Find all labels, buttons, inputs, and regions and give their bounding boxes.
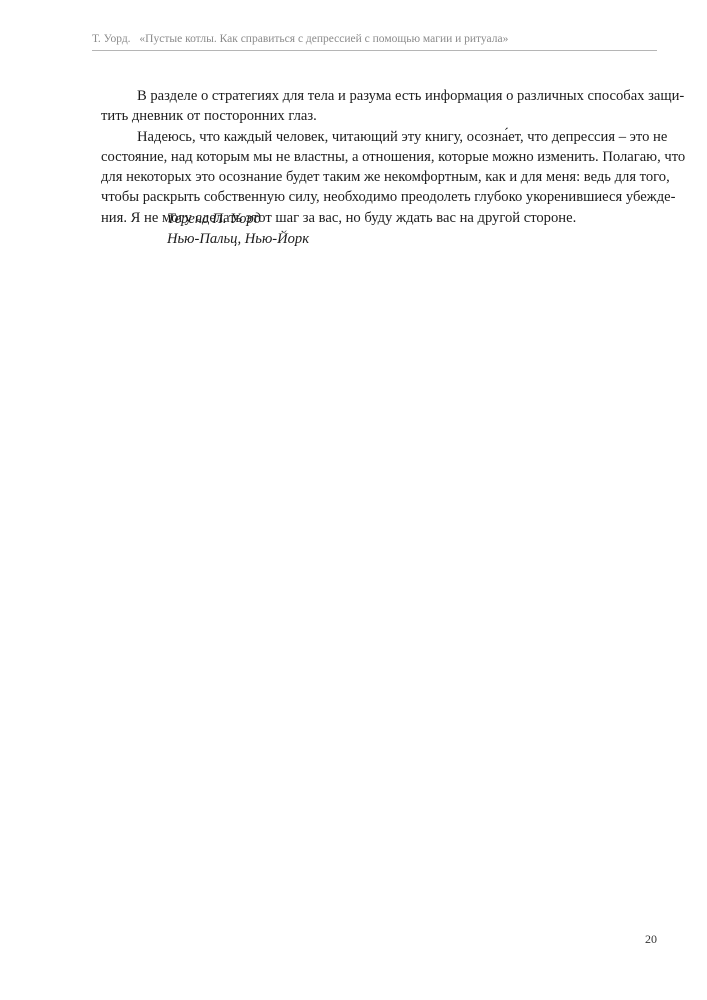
- text-line: Надеюсь, что каждый человек, читающий эт…: [101, 127, 659, 147]
- signature-place: Нью-Пальц, Нью-Йорк: [167, 229, 309, 249]
- text-line: состояние, над которым мы не властны, а …: [101, 147, 659, 167]
- signature: Теренс П. Уорд Нью-Пальц, Нью-Йорк: [167, 209, 309, 250]
- text-line: В разделе о стратегиях для тела и разума…: [101, 86, 659, 106]
- running-header: Т. Уорд. «Пустые котлы. Как справиться с…: [92, 32, 657, 51]
- body-text: В разделе о стратегиях для тела и разума…: [101, 86, 659, 228]
- text-line: для некоторых это осознание будет таким …: [101, 167, 659, 187]
- paragraph: В разделе о стратегиях для тела и разума…: [101, 86, 659, 127]
- page-number: 20: [645, 932, 657, 947]
- text-line: чтобы раскрыть собственную силу, необход…: [101, 187, 659, 207]
- text-line: тить дневник от посторонних глаз.: [101, 106, 659, 126]
- signature-name: Теренс П. Уорд: [167, 209, 309, 229]
- header-author: Т. Уорд.: [92, 33, 131, 45]
- header-book-title: «Пустые котлы. Как справиться с депресси…: [139, 33, 508, 45]
